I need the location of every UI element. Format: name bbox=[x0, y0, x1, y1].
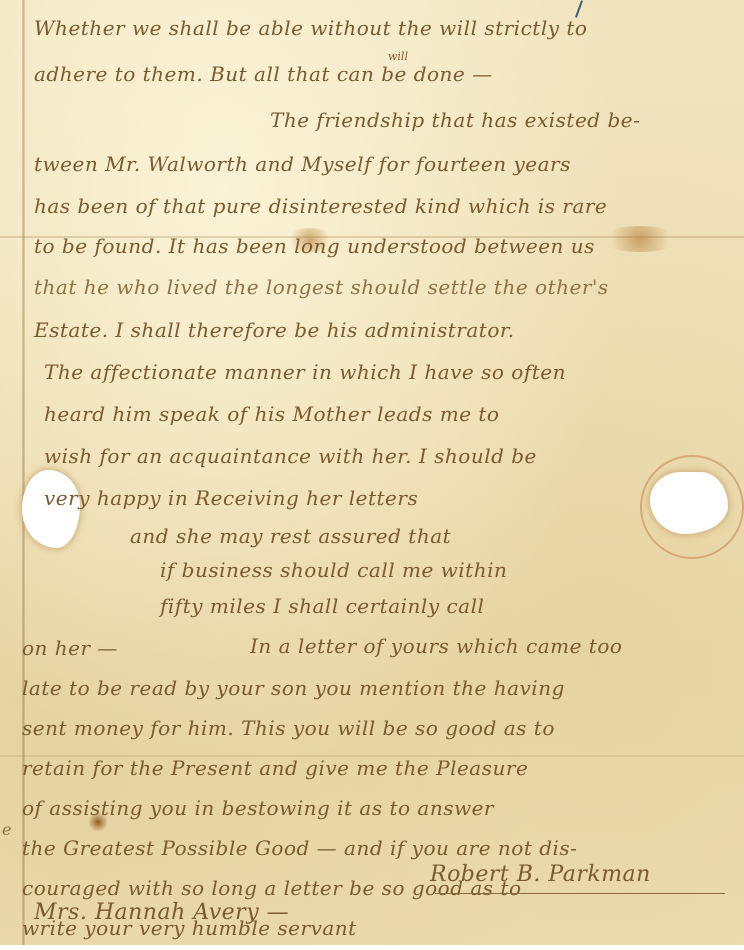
text-line: on her — bbox=[22, 636, 118, 660]
text-line: retain for the Present and give me the P… bbox=[22, 756, 528, 780]
letter-page: Whether we shall be able without the wil… bbox=[0, 0, 744, 950]
text-line: has been of that pure disinterested kind… bbox=[34, 194, 607, 218]
text-line: In a letter of yours which came too bbox=[250, 634, 622, 658]
text-line: Estate. I shall therefore be his adminis… bbox=[34, 318, 515, 342]
text-line: late to be read by your son you mention … bbox=[22, 676, 565, 700]
text-line: The friendship that has existed be- bbox=[270, 108, 640, 132]
text-line: the Greatest Possible Good — and if you … bbox=[22, 836, 577, 860]
signature: Robert B. Parkman bbox=[430, 862, 651, 887]
text-line: adhere to them. But all that can be done… bbox=[34, 62, 493, 86]
addressee: Mrs. Hannah Avery — bbox=[34, 900, 289, 925]
margin-fragment: e bbox=[2, 820, 11, 839]
text-line: Whether we shall be able without the wil… bbox=[34, 16, 587, 40]
text-line: that he who lived the longest should set… bbox=[34, 275, 609, 299]
text-line: sent money for him. This you will be so … bbox=[22, 716, 555, 740]
text-line: of assisting you in bestowing it as to a… bbox=[22, 796, 494, 820]
text-line: The affectionate manner in which I have … bbox=[44, 360, 566, 384]
text-line: wish for an acquaintance with her. I sho… bbox=[44, 444, 537, 468]
text-line: fifty miles I shall certainly call bbox=[160, 594, 484, 618]
paper-hole-right bbox=[650, 472, 728, 534]
text-line: tween Mr. Walworth and Myself for fourte… bbox=[34, 152, 571, 176]
text-line: to be found. It has been long understood… bbox=[34, 234, 595, 258]
stain bbox=[600, 226, 680, 252]
text-line: if business should call me within bbox=[160, 558, 507, 582]
page-bottom-edge bbox=[0, 945, 744, 950]
text-line: and she may rest assured that bbox=[130, 524, 451, 548]
text-line: very happy in Receiving her letters bbox=[44, 486, 418, 510]
signature-underline bbox=[435, 893, 725, 894]
text-line: heard him speak of his Mother leads me t… bbox=[44, 402, 499, 426]
